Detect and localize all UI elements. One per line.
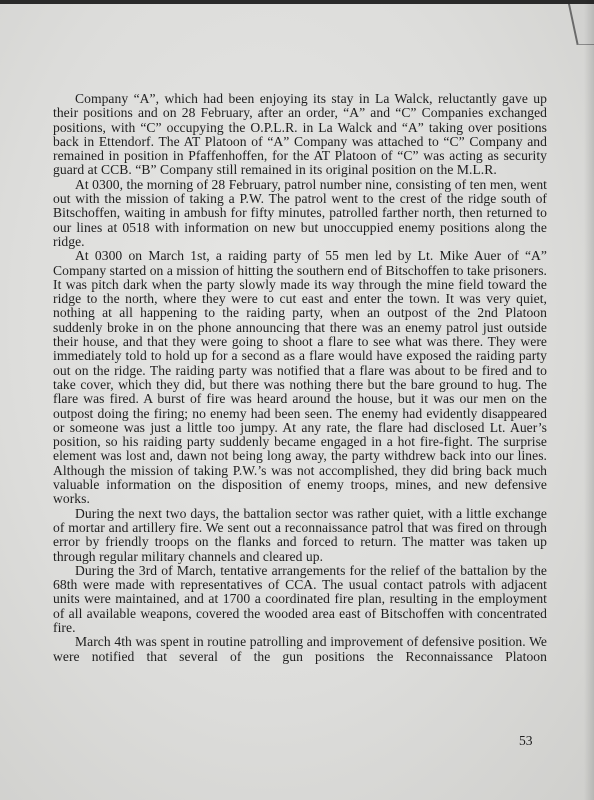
- page-edge-shadow: [584, 0, 594, 800]
- paragraph-raiding-party: At 0300 on March 1st, a raiding party of…: [53, 249, 547, 506]
- paragraph-patrol-number-nine: At 0300, the morning of 28 February, pat…: [53, 178, 547, 249]
- page-top-edge: [0, 0, 594, 4]
- body-text: Company “A”, which had been enjoying its…: [53, 92, 547, 664]
- paragraph-next-two-days: During the next two days, the battalion …: [53, 507, 547, 564]
- scanned-book-page: Company “A”, which had been enjoying its…: [0, 0, 594, 800]
- paragraph-third-of-march: During the 3rd of March, tentative arran…: [53, 564, 547, 635]
- page-number: 53: [519, 733, 533, 749]
- paragraph-march-fourth: March 4th was spent in routine patrollin…: [53, 635, 547, 664]
- paragraph-company-a-exchange: Company “A”, which had been enjoying its…: [53, 92, 547, 178]
